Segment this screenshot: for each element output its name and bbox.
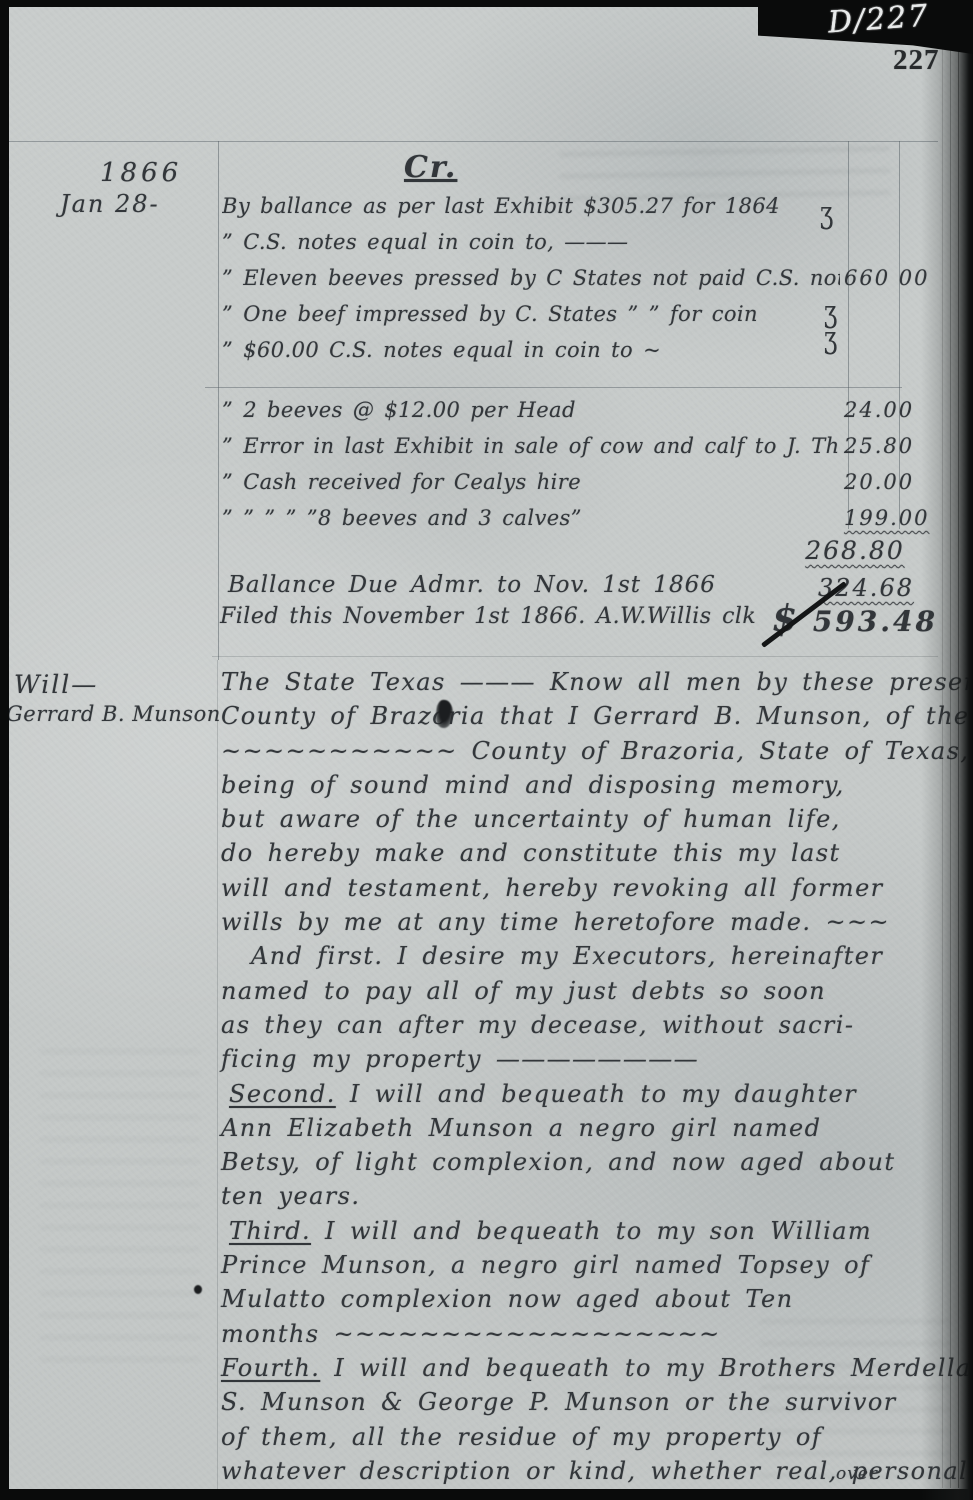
- will-body: The State Texas ——— Know all men by thes…: [221, 668, 965, 1491]
- will-line: ficing my property ————————: [221, 1045, 965, 1079]
- will-line: And first. I desire my Executors, herein…: [221, 942, 965, 976]
- will-line: Prince Munson, a negro girl named Topsey…: [221, 1251, 965, 1285]
- ledger-row: ” Eleven beeves pressed by C States not …: [222, 266, 928, 302]
- scanned-ledger-page: D/227 227 Cr. 1866 Jan 28- By ballance a…: [0, 0, 973, 1500]
- gutter-streak: [942, 40, 943, 1488]
- will-line: but aware of the uncertainty of human li…: [221, 805, 965, 839]
- credit-header: Cr.: [404, 150, 457, 185]
- ledger-row-amount: 24.00: [840, 398, 928, 422]
- will-line: wills by me at any time heretofore made.…: [221, 908, 965, 942]
- brace-mark: ʒ: [820, 196, 834, 231]
- ledger-row: ” 2 beeves @ $12.00 per Head 24.00: [222, 398, 928, 434]
- ledger-row: ” Error in last Exhibit in sale of cow a…: [222, 434, 928, 470]
- ledger-subtotal: 268.80: [780, 536, 930, 565]
- page-edge-left: [0, 0, 9, 1500]
- will-line: Mulatto complexion now aged about Ten: [221, 1285, 965, 1319]
- will-line: being of sound mind and disposing memory…: [221, 771, 965, 805]
- ledger-row-amount: 660 00: [840, 266, 928, 290]
- ledger-rows-group-2: ” 2 beeves @ $12.00 per Head 24.00 ” Err…: [222, 398, 928, 542]
- will-testator-name: Gerrard B. Munson: [6, 702, 221, 726]
- balance-due-text: Ballance Due Admr. to Nov. 1st 1866: [228, 572, 716, 598]
- ledger-row-text: ” Cash received for Cealys hire: [222, 470, 840, 494]
- ledger-row-text: ” One beef impressed by C. States ” ” fo…: [222, 302, 840, 326]
- will-line: ten years.: [221, 1182, 965, 1216]
- will-line: Betsy, of light complexion, and now aged…: [221, 1148, 965, 1182]
- will-line: Third. I will and bequeath to my son Wil…: [221, 1217, 965, 1251]
- ledger-row-text: By ballance as per last Exhibit $305.27 …: [222, 194, 840, 218]
- will-line: named to pay all of my just debts so soo…: [221, 977, 965, 1011]
- ledger-row: ” Cash received for Cealys hire 20.00: [222, 470, 928, 506]
- over-note: over: [836, 1464, 878, 1484]
- ledger-row-text: ” $60.00 C.S. notes equal in coin to ~: [222, 338, 840, 362]
- gutter-streak: [950, 40, 951, 1488]
- section-divider-rule: [205, 387, 902, 388]
- ledger-row-amount: 25.80: [840, 434, 928, 458]
- brace-mark-tall: ʒ ʒ: [824, 300, 838, 352]
- will-line: Second. I will and bequeath to my daught…: [221, 1080, 965, 1114]
- grand-total-amount: 593.48: [813, 605, 938, 638]
- ledger-row-text: ” 2 beeves @ $12.00 per Head: [222, 398, 840, 422]
- ink-dot: [194, 1285, 202, 1294]
- will-line: of them, all the residue of my property …: [221, 1423, 965, 1457]
- ledger-row-text: ” Eleven beeves pressed by C States not …: [222, 266, 840, 290]
- ledger-row: ” $60.00 C.S. notes equal in coin to ~: [222, 338, 928, 374]
- ledger-row-text: ” Error in last Exhibit in sale of cow a…: [222, 434, 840, 458]
- page-edge-bottom: [0, 1489, 973, 1500]
- ledger-row-text: ” ” ” ” ”8 beeves and 3 calves”: [222, 506, 840, 530]
- will-line: County of Brazoria that I Gerrard B. Mun…: [221, 702, 965, 736]
- archive-reference: D/227: [827, 0, 931, 40]
- gutter-streak: [958, 40, 959, 1488]
- ledger-row: ” C.S. notes equal in coin to, ———: [222, 230, 928, 266]
- will-margin-label: Will—: [14, 670, 98, 699]
- ledger-row: ” One beef impressed by C. States ” ” fo…: [222, 302, 928, 338]
- filed-note-text: Filed this November 1st 1866. A.W.Willis…: [220, 604, 756, 629]
- will-line: ~~~~~~~~~~~ County of Brazoria, State of…: [221, 737, 965, 771]
- page-number: 227: [893, 44, 940, 77]
- will-line: The State Texas ——— Know all men by thes…: [221, 668, 965, 702]
- ledger-row-amount: 20.00: [840, 470, 928, 494]
- will-line: Fourth. I will and bequeath to my Brothe…: [221, 1354, 965, 1388]
- will-section-divider-rule: [212, 656, 938, 657]
- top-crease-rule: [0, 141, 938, 142]
- will-line: months ~~~~~~~~~~~~~~~~~~: [221, 1320, 965, 1354]
- will-line: as they can after my decease, without sa…: [221, 1011, 965, 1045]
- will-line: will and testament, hereby revoking all …: [221, 874, 965, 908]
- ledger-date: Jan 28-: [60, 190, 160, 218]
- will-line: S. Munson & George P. Munson or the surv…: [221, 1388, 965, 1422]
- date-column-rule: [218, 141, 219, 660]
- will-line: Ann Elizabeth Munson a negro girl named: [221, 1114, 965, 1148]
- ledger-year: 1866: [100, 158, 182, 188]
- ledger-row-text: ” C.S. notes equal in coin to, ———: [222, 230, 840, 254]
- will-line: do hereby make and constitute this my la…: [221, 839, 965, 873]
- ledger-row-amount: 199.00: [840, 506, 928, 530]
- binding-gutter-shadow: [921, 0, 973, 1500]
- margin-rule: [217, 660, 218, 1489]
